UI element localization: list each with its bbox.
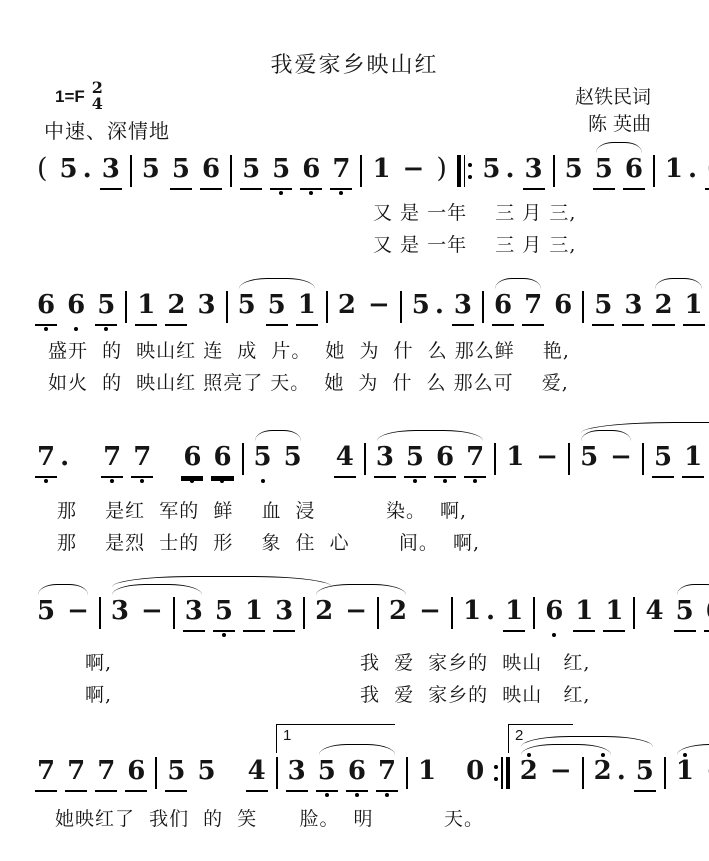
music-line: 6651235512−5.367653216−	[35, 282, 695, 326]
lyric-line: 又 是 一年 三 月 三,	[35, 230, 695, 262]
barline	[482, 291, 484, 323]
music-line: (5.355655671−)5.35561.65−	[35, 148, 695, 190]
dot-of-prolongation: .	[617, 756, 626, 790]
slur	[521, 736, 653, 747]
barline	[303, 597, 305, 629]
note: 3	[183, 596, 205, 632]
parenthesis: )	[434, 154, 449, 188]
lyric-line: 啊,我 爱 家乡的 映山 红,	[35, 648, 695, 680]
note: 1	[243, 596, 265, 632]
note: 3	[195, 290, 217, 324]
note: 6	[346, 756, 368, 792]
note: 6	[211, 442, 233, 478]
note: 5	[404, 442, 426, 478]
duration-dash: −	[548, 756, 574, 790]
thick-bar	[457, 155, 461, 187]
note: 5	[592, 290, 614, 326]
note: 5	[316, 756, 338, 792]
note: 1	[663, 154, 685, 188]
note: 5	[165, 756, 187, 792]
barline	[494, 443, 496, 475]
note: 5	[270, 154, 292, 190]
note: 2	[387, 596, 409, 630]
spacer	[226, 756, 238, 757]
note: 5	[563, 154, 585, 188]
music-line: 77765543567102−2.51−1−12	[35, 722, 695, 792]
repeat-sign	[494, 757, 510, 789]
note: 1	[296, 290, 318, 326]
repeat-dot	[468, 163, 472, 167]
note: 7	[35, 756, 57, 792]
duration-dash: −	[139, 596, 165, 630]
lyric-text: 又 是 一年 三 月 三,	[373, 198, 576, 225]
note: 3	[109, 596, 131, 630]
repeat-dots	[468, 163, 472, 179]
note: 5	[674, 596, 696, 632]
lyric-text: 又 是 一年 三 月 三,	[373, 230, 576, 257]
lyric-line: 如火 的 映山红 照亮了 天。 她 为 什 么 那么可 爱,	[35, 368, 695, 400]
note: 6	[623, 154, 645, 190]
lyric-line: 那 是红 军的 鲜 血 浸 染。 啊,	[35, 496, 695, 528]
note: 1	[135, 290, 157, 326]
note: 2	[592, 756, 614, 790]
slur	[239, 278, 315, 289]
note: 1	[504, 442, 526, 476]
note: 6	[125, 756, 147, 792]
dot-of-prolongation: .	[435, 290, 444, 324]
duration-dash: −	[704, 756, 709, 790]
barline	[130, 155, 132, 187]
note: 5	[410, 290, 432, 324]
note: 1	[503, 596, 525, 632]
note: 6	[35, 290, 57, 326]
barline	[582, 291, 584, 323]
note: 1	[682, 442, 704, 478]
note: 1	[674, 756, 696, 790]
note: 4	[334, 442, 356, 478]
note: 3	[374, 442, 396, 478]
key-and-meter: 1=F 2 4	[55, 80, 103, 112]
lyric-text: 我 爱 家乡的 映山 红,	[360, 648, 590, 675]
barline	[276, 757, 278, 789]
lyric-text: 啊,	[85, 680, 112, 707]
note: 7	[131, 442, 153, 478]
note: 2	[165, 290, 187, 326]
note: 1	[683, 290, 705, 326]
barline	[451, 597, 453, 629]
lyric-line: 她映红了 我们 的 笑 脸。 明 天。	[35, 804, 695, 836]
note: 2	[336, 290, 358, 324]
note: 5	[195, 756, 217, 790]
slur	[38, 584, 88, 595]
barline	[568, 443, 570, 475]
note: 7	[330, 154, 352, 190]
repeat-dots	[494, 765, 498, 781]
duration-dash: −	[366, 290, 392, 324]
note: 5	[266, 290, 288, 326]
notation-system: (5.355655671−)5.35561.65−又 是 一年 三 月 三,又 …	[35, 148, 695, 262]
barline	[653, 155, 655, 187]
note: 6	[492, 290, 514, 326]
barline	[364, 443, 366, 475]
duration-dash: −	[343, 596, 369, 630]
barline	[360, 155, 362, 187]
thin-bar	[464, 155, 466, 187]
notation-system: 5−3−35132−2−1.16114566−啊,我 爱 家乡的 映山 红,啊,…	[35, 570, 695, 712]
barline	[125, 291, 127, 323]
note: 7	[65, 756, 87, 792]
lyric-line: 啊,我 爱 家乡的 映山 红,	[35, 680, 695, 712]
note: 6	[300, 154, 322, 190]
spacer	[312, 442, 326, 443]
note: 5	[252, 442, 274, 476]
barline	[155, 757, 157, 789]
barline	[553, 155, 555, 187]
note: 6	[552, 290, 574, 324]
note: 4	[643, 596, 665, 630]
barline	[633, 597, 635, 629]
note: 3	[100, 154, 122, 190]
slur	[655, 278, 702, 289]
duration-dash: −	[417, 596, 443, 630]
lyric-line: 盛开 的 映山红 连 成 片。 她 为 什 么 那么鲜 艳,	[35, 336, 695, 368]
dot-of-prolongation: .	[486, 596, 495, 630]
slur	[316, 584, 406, 595]
repeat-dot	[494, 765, 498, 769]
note: 5	[240, 154, 262, 190]
barline	[533, 597, 535, 629]
note: 5	[95, 290, 117, 326]
note: 7	[35, 442, 57, 478]
note: 5	[236, 290, 258, 324]
barline	[582, 757, 584, 789]
barline	[173, 597, 175, 629]
barline	[664, 757, 666, 789]
credits: 赵铁民词 陈 英曲	[575, 84, 651, 138]
note: 3	[286, 756, 308, 792]
note: 5	[58, 154, 80, 188]
volta-number: 1	[283, 727, 291, 744]
note: 3	[273, 596, 295, 632]
notation-system: 7.776655435671−5−51465−那 是红 军的 鲜 血 浸 染。 …	[35, 418, 695, 560]
dot-of-prolongation: .	[505, 154, 514, 188]
time-signature: 2 4	[92, 80, 103, 112]
duration-dash: −	[608, 442, 634, 476]
note: 3	[523, 154, 545, 190]
spacer	[446, 756, 456, 757]
slur	[677, 584, 709, 595]
barline	[99, 597, 101, 629]
slur	[319, 744, 395, 755]
spacer	[77, 442, 93, 443]
note: 1	[461, 596, 483, 630]
note: 6	[705, 154, 709, 190]
duration-dash: −	[65, 596, 91, 630]
lyric-line: 又 是 一年 三 月 三,	[35, 198, 695, 230]
note: 5	[35, 596, 57, 630]
note: 2	[518, 756, 540, 790]
note: 6	[181, 442, 203, 478]
note: 7	[376, 756, 398, 792]
barline	[230, 155, 232, 187]
lyric-line: 那 是烈 士的 形 象 住 心 间。 啊,	[35, 528, 695, 560]
note: 5	[140, 154, 162, 188]
note: 2	[313, 596, 335, 630]
slur	[377, 430, 483, 441]
note: 5	[578, 442, 600, 476]
song-title: 我爱家乡映山红	[0, 48, 709, 79]
note: 7	[522, 290, 544, 326]
note: 2	[652, 290, 674, 326]
lyric-text: 那 是红 军的 鲜 血 浸 染。 啊,	[57, 496, 467, 523]
note: 6	[704, 596, 709, 632]
barline	[406, 757, 408, 789]
lyricist-credit: 赵铁民词	[575, 84, 651, 111]
note: 5	[282, 442, 304, 476]
barline	[400, 291, 402, 323]
slur	[255, 430, 301, 441]
note: 6	[543, 596, 565, 630]
slur	[495, 278, 541, 289]
barline	[326, 291, 328, 323]
note: 5	[634, 756, 656, 792]
note: 0	[464, 756, 486, 790]
spacer	[161, 442, 173, 443]
note: 5	[170, 154, 192, 190]
note: 5	[593, 154, 615, 190]
barline	[377, 597, 379, 629]
note: 6	[434, 442, 456, 478]
repeat-sign	[457, 155, 473, 187]
note: 7	[101, 442, 123, 478]
thin-bar	[501, 757, 503, 789]
composer-credit: 陈 英曲	[575, 111, 651, 138]
lyric-text: 那 是烈 士的 形 象 住 心 间。 啊,	[57, 528, 480, 555]
note: 4	[246, 756, 268, 792]
note: 5	[480, 154, 502, 188]
barline	[242, 443, 244, 475]
dot-of-prolongation: .	[83, 154, 92, 188]
notation-system: 6651235512−5.367653216−盛开 的 映山红 连 成 片。 她…	[35, 282, 695, 400]
note: 1	[573, 596, 595, 632]
note: 6	[200, 154, 222, 190]
thick-bar	[506, 757, 510, 789]
note: 7	[464, 442, 486, 478]
music-line: 5−3−35132−2−1.16114566−	[35, 570, 695, 632]
notation-system: 77765543567102−2.51−1−12她映红了 我们 的 笑 脸。 明…	[35, 722, 695, 836]
lyric-text: 盛开 的 映山红 连 成 片。 她 为 什 么 那么鲜 艳,	[48, 336, 570, 363]
tempo-marking: 中速、深情地	[44, 115, 170, 144]
music-line: 7.776655435671−5−51465−	[35, 418, 695, 478]
key-signature: 1=F	[55, 87, 85, 107]
note: 6	[65, 290, 87, 324]
note: 5	[652, 442, 674, 478]
sheet-music-page: 我爱家乡映山红 1=F 2 4 中速、深情地 赵铁民词 陈 英曲 (5.3556…	[0, 0, 709, 861]
slur	[596, 142, 642, 153]
note: 1	[416, 756, 438, 790]
note: 5	[213, 596, 235, 632]
note: 3	[622, 290, 644, 326]
duration-dash: −	[534, 442, 560, 476]
lyric-text: 啊,	[85, 648, 112, 675]
dot-of-prolongation: .	[60, 442, 69, 476]
dot-of-prolongation: .	[688, 154, 697, 188]
parenthesis: (	[35, 154, 50, 188]
lyric-text: 如火 的 映山红 照亮了 天。 她 为 什 么 那么可 爱,	[48, 368, 569, 395]
note: 3	[452, 290, 474, 326]
repeat-dot	[494, 777, 498, 781]
volta-number: 2	[515, 727, 523, 744]
note: 1	[603, 596, 625, 632]
repeat-dot	[468, 175, 472, 179]
lyric-text: 我 爱 家乡的 映山 红,	[360, 680, 590, 707]
duration-dash: −	[401, 154, 427, 188]
barline	[642, 443, 644, 475]
slur	[677, 744, 709, 755]
slur	[581, 422, 709, 433]
note: 7	[95, 756, 117, 792]
barline	[226, 291, 228, 323]
lyric-text: 她映红了 我们 的 笑 脸。 明 天。	[55, 804, 484, 831]
meter-denominator: 4	[92, 96, 103, 112]
note: 1	[370, 154, 392, 188]
slur	[112, 576, 332, 587]
